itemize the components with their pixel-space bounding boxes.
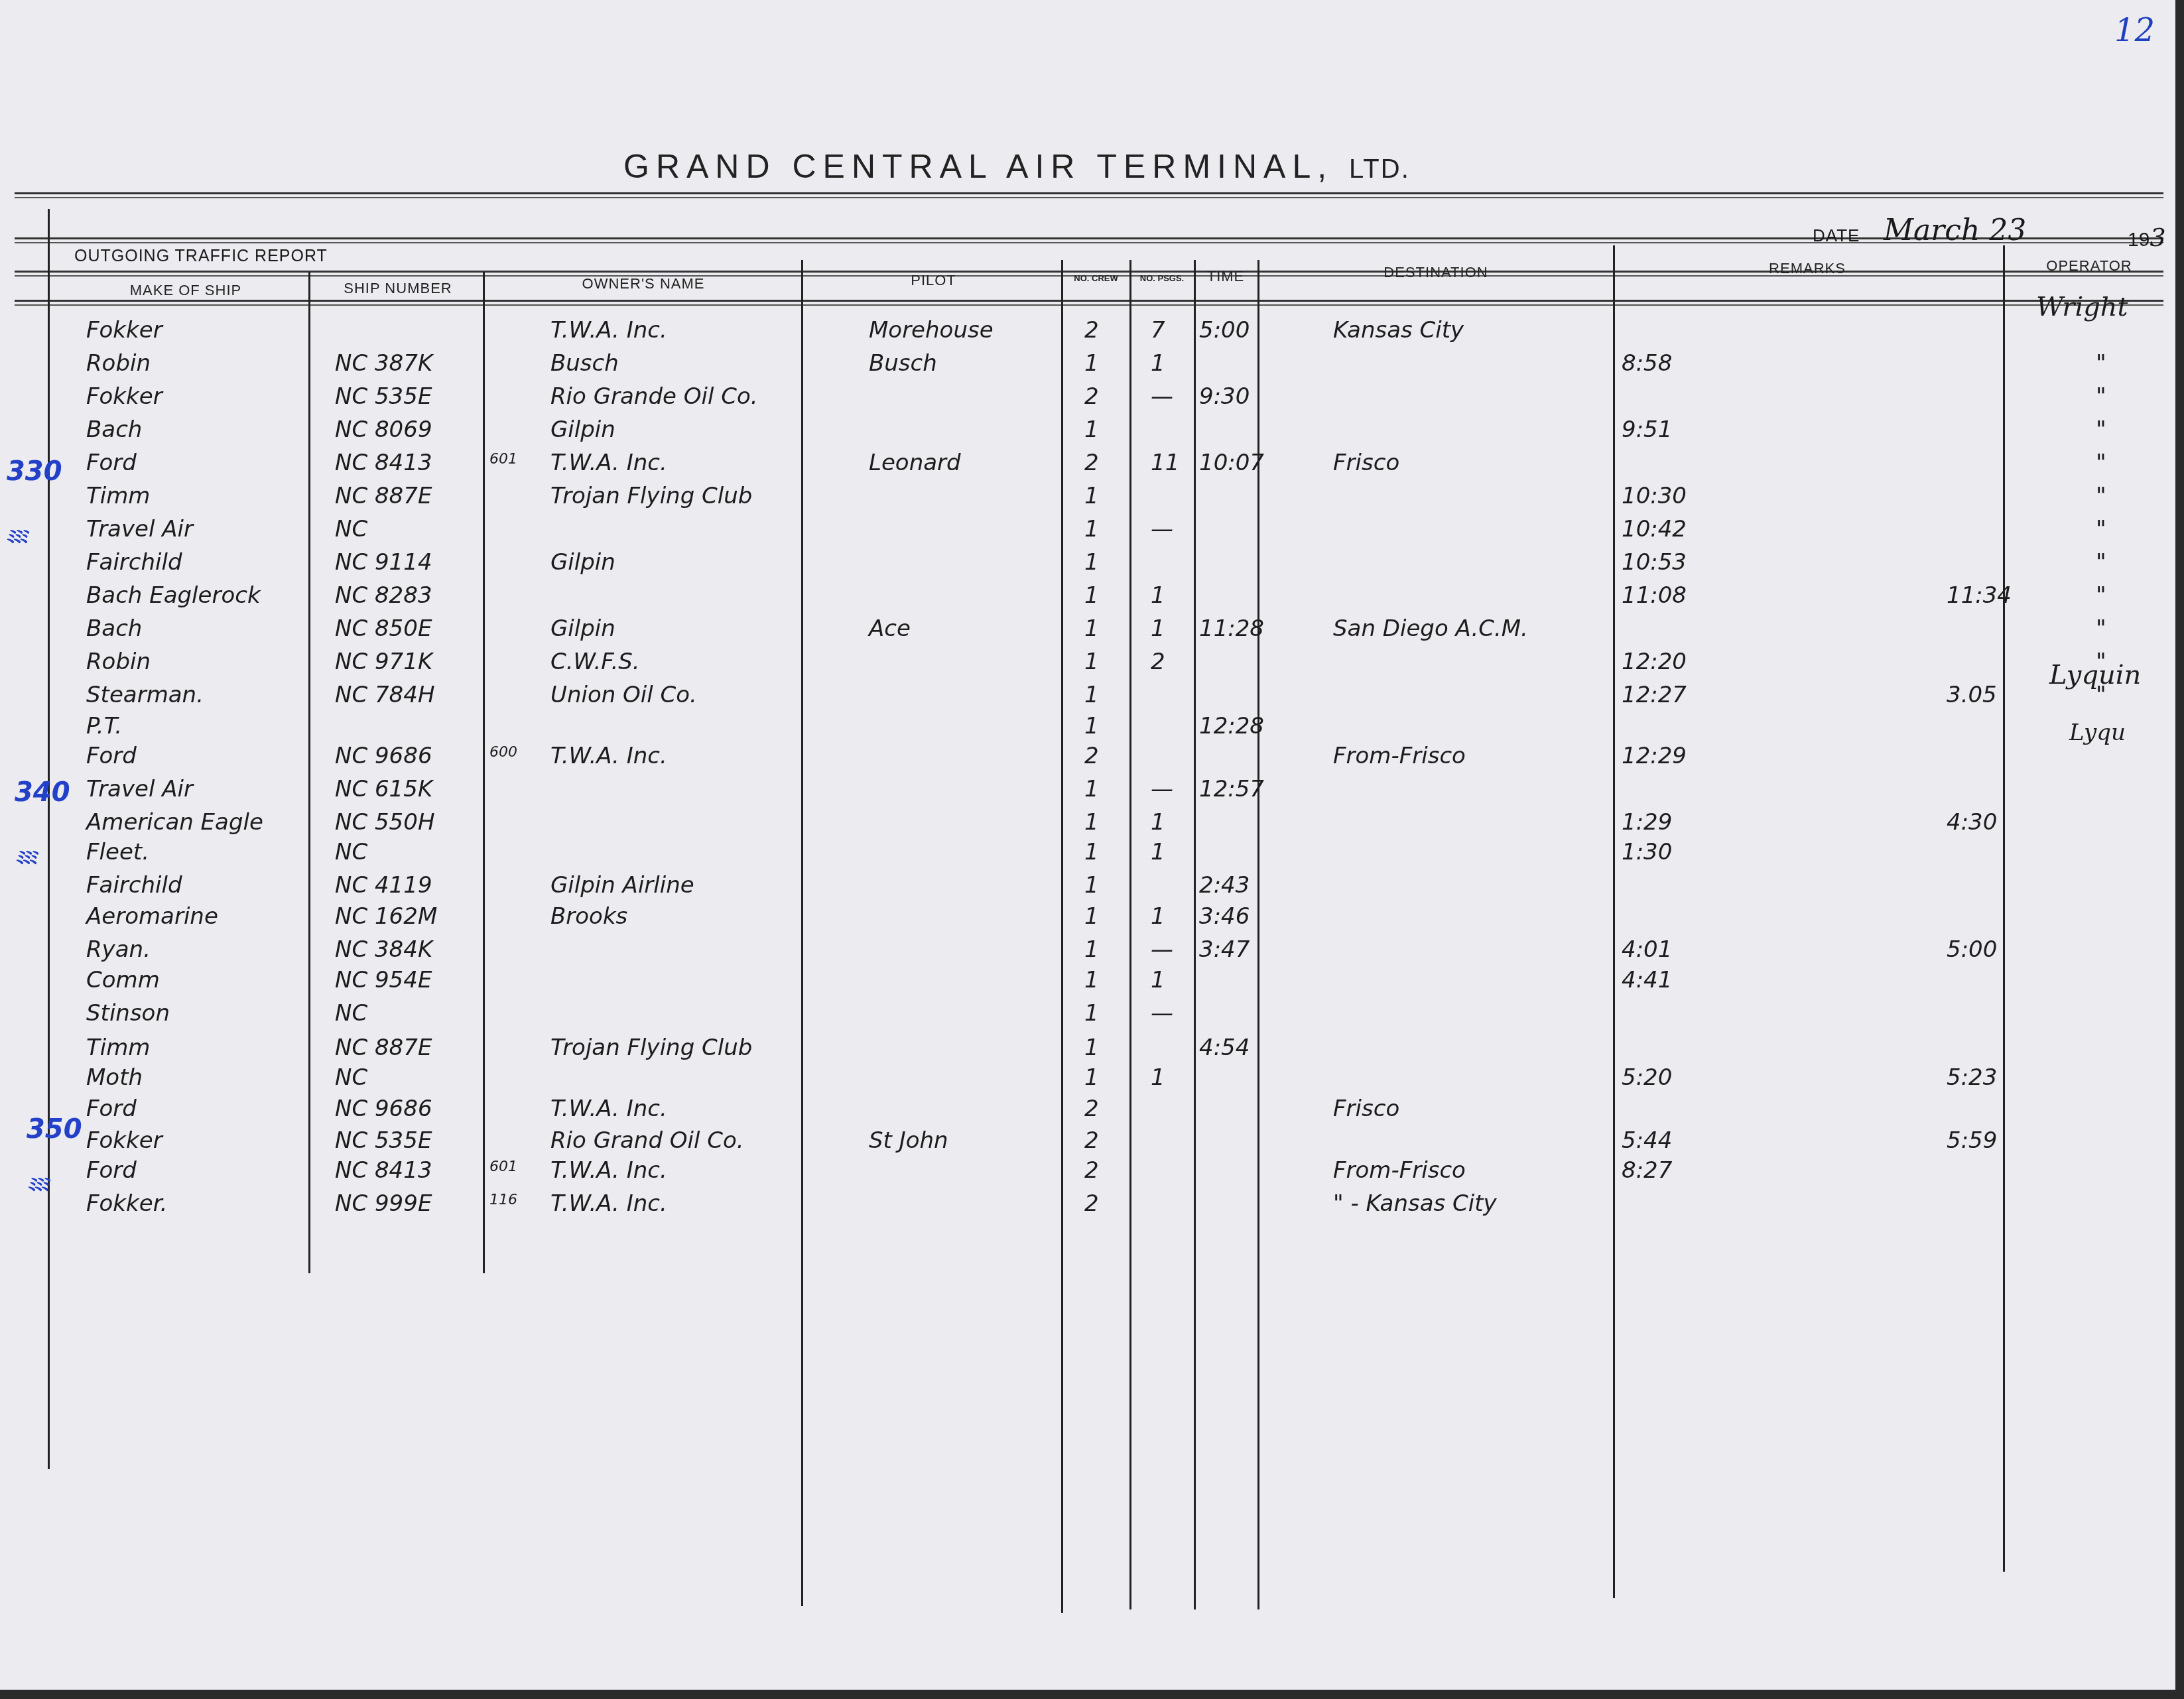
passenger-count: 1 xyxy=(1151,903,1165,930)
operator-ditto-mark: " xyxy=(2096,383,2106,410)
ship-number: NC 8069 xyxy=(335,416,432,443)
crew-count: 2 xyxy=(1084,1096,1099,1122)
ship-number: NC xyxy=(335,516,367,542)
col-line-crew xyxy=(1129,260,1131,1609)
ship-number: NC xyxy=(335,1064,367,1091)
passenger-count: 1 xyxy=(1151,967,1165,993)
ship-number: NC 535E xyxy=(335,383,432,410)
passenger-count: 1 xyxy=(1151,809,1165,836)
crew-count: 1 xyxy=(1084,967,1099,993)
fleet-number: 600 xyxy=(489,744,517,761)
departure-time: 3:46 xyxy=(1199,903,1250,930)
make-of-ship: Bach xyxy=(86,615,142,642)
owner-name: Gilpin xyxy=(550,549,615,576)
crew-count: 1 xyxy=(1084,903,1099,930)
fleet-number: 116 xyxy=(489,1192,517,1208)
col-line-margin xyxy=(48,209,50,1469)
remarks-time: 8:58 xyxy=(1622,350,1672,377)
col-line-number xyxy=(483,272,485,1273)
owner-name: Busch xyxy=(550,350,619,377)
departure-time: 3:47 xyxy=(1199,936,1250,963)
crew-count: 1 xyxy=(1084,615,1099,642)
passenger-count: — xyxy=(1151,516,1173,542)
make-of-ship: Fokker xyxy=(86,383,162,410)
remarks-time: 5:20 xyxy=(1622,1064,1672,1091)
passenger-count: 1 xyxy=(1151,1064,1165,1091)
crew-count: 1 xyxy=(1084,713,1099,739)
ship-number: NC 8283 xyxy=(335,582,432,609)
owner-name: Gilpin Airline xyxy=(550,872,694,899)
owner-name: T.W.A. Inc. xyxy=(550,1190,667,1217)
crew-count: 2 xyxy=(1084,1127,1099,1154)
passenger-count: 2 xyxy=(1151,649,1165,675)
header-time: TIME xyxy=(1196,268,1255,285)
make-of-ship: Bach Eaglerock xyxy=(86,582,261,609)
make-of-ship: Fairchild xyxy=(86,549,182,576)
crew-count: 1 xyxy=(1084,483,1099,509)
destination: Kansas City xyxy=(1333,317,1464,344)
ship-number: NC xyxy=(335,839,367,865)
col-line-remarks xyxy=(2003,245,2005,1572)
departure-time: 5:00 xyxy=(1199,317,1250,344)
ship-number: NC 615K xyxy=(335,776,432,802)
crew-count: 1 xyxy=(1084,516,1099,542)
ship-number: NC 887E xyxy=(335,1035,432,1061)
make-of-ship: Timm xyxy=(86,1035,150,1061)
ship-number: NC 850E xyxy=(335,615,432,642)
departure-time: 2:43 xyxy=(1199,872,1250,899)
header-destination: DESTINATION xyxy=(1260,264,1612,281)
owner-name: T.W.A. Inc. xyxy=(550,1157,667,1184)
owner-name: Gilpin xyxy=(550,416,615,443)
margin-note-350: 350 xyxy=(27,1114,82,1145)
make-of-ship: Timm xyxy=(86,483,150,509)
make-of-ship: Aeromarine xyxy=(86,903,218,930)
pilot-name: St John xyxy=(869,1127,948,1154)
margin-scribble: ﾐﾐﾐ xyxy=(15,844,34,870)
col-line-pilot xyxy=(1061,260,1063,1613)
passenger-count: — xyxy=(1151,936,1173,963)
remarks-time: 1:29 xyxy=(1622,809,1672,836)
make-of-ship: Robin xyxy=(86,649,151,675)
passenger-count: — xyxy=(1151,383,1173,410)
rule-header-bottom xyxy=(15,300,2163,302)
owner-name: Trojan Flying Club xyxy=(550,483,752,509)
fleet-number: 601 xyxy=(489,451,517,468)
owner-name: Rio Grand Oil Co. xyxy=(550,1127,744,1154)
make-of-ship: Travel Air xyxy=(86,776,193,802)
header-operator: OPERATOR xyxy=(2010,257,2169,275)
remarks-time: 11:08 xyxy=(1622,582,1687,609)
crew-count: 1 xyxy=(1084,682,1099,708)
make-of-ship: Fleet. xyxy=(86,839,149,865)
remarks-time: 10:42 xyxy=(1622,516,1687,542)
remarks-time: 12:29 xyxy=(1622,743,1687,769)
crew-count: 1 xyxy=(1084,582,1099,609)
destination: Frisco xyxy=(1333,1096,1399,1122)
title-text: GRAND CENTRAL AIR TERMINAL, xyxy=(623,148,1333,185)
make-of-ship: Stearman. xyxy=(86,682,204,708)
ship-number: NC 387K xyxy=(335,350,432,377)
scan-edge xyxy=(2175,0,2184,1699)
operator-ditto-mark: " xyxy=(2096,416,2106,443)
crew-count: 1 xyxy=(1084,776,1099,802)
operator-signature: Lyqu xyxy=(2069,720,2126,746)
destination: From-Frisco xyxy=(1333,1157,1466,1184)
crew-count: 1 xyxy=(1084,350,1099,377)
make-of-ship: Ford xyxy=(86,450,137,476)
owner-name: Gilpin xyxy=(550,615,615,642)
departure-time: 12:57 xyxy=(1199,776,1264,802)
ship-number: NC 887E xyxy=(335,483,432,509)
page-title: GRAND CENTRAL AIR TERMINAL, LTD. xyxy=(623,147,1410,186)
passenger-count: 1 xyxy=(1151,350,1165,377)
passenger-count: 1 xyxy=(1151,615,1165,642)
col-line-make xyxy=(308,272,310,1273)
crew-count: 2 xyxy=(1084,450,1099,476)
header-owner: OWNER'S NAME xyxy=(491,275,796,292)
ship-number: NC 971K xyxy=(335,649,432,675)
margin-scribble: ﾐﾐﾐ xyxy=(27,1170,46,1197)
destination: " - Kansas City xyxy=(1333,1190,1497,1217)
title-suffix: LTD. xyxy=(1349,155,1410,184)
operator-ditto-mark: " xyxy=(2096,649,2106,675)
remarks-time: 10:30 xyxy=(1622,483,1687,509)
operator-ditto-mark: " xyxy=(2096,483,2106,509)
header-make: MAKE OF SHIP xyxy=(80,282,292,299)
ship-number: NC 954E xyxy=(335,967,432,993)
crew-count: 2 xyxy=(1084,317,1099,344)
departure-time: 11:28 xyxy=(1199,615,1264,642)
margin-note-340: 340 xyxy=(15,777,70,808)
header-remarks: REMARKS xyxy=(1618,260,1996,277)
destination: Frisco xyxy=(1333,450,1399,476)
crew-count: 1 xyxy=(1084,549,1099,576)
col-line-destination xyxy=(1613,245,1615,1598)
make-of-ship: Ryan. xyxy=(86,936,151,963)
owner-name: Trojan Flying Club xyxy=(550,1035,752,1061)
remarks-time-2: 3.05 xyxy=(1947,682,1997,708)
remarks-time: 1:30 xyxy=(1622,839,1672,865)
owner-name: T.W.A. Inc. xyxy=(550,743,667,769)
operator-ditto-mark: " xyxy=(2096,682,2106,708)
crew-count: 2 xyxy=(1084,1157,1099,1184)
make-of-ship: Bach xyxy=(86,416,142,443)
header-pssgs: NO. PSGS. xyxy=(1131,273,1192,283)
remarks-time: 5:44 xyxy=(1622,1127,1672,1154)
owner-name: T.W.A. Inc. xyxy=(550,317,667,344)
destination: San Diego A.C.M. xyxy=(1333,615,1528,642)
departure-time: 12:28 xyxy=(1199,713,1264,739)
col-line-owner xyxy=(801,260,803,1606)
crew-count: 1 xyxy=(1084,1000,1099,1027)
ship-number: NC 784H xyxy=(335,682,434,708)
ship-number: NC 550H xyxy=(335,809,434,836)
crew-count: 2 xyxy=(1084,743,1099,769)
make-of-ship: Ford xyxy=(86,1157,137,1184)
rule-title xyxy=(15,192,2163,194)
ship-number: NC 999E xyxy=(335,1190,432,1217)
make-of-ship: Moth xyxy=(86,1064,143,1091)
year-field: 193 xyxy=(2128,223,2166,252)
ship-number: NC 535E xyxy=(335,1127,432,1154)
operator-signature: Wright xyxy=(2036,292,2128,322)
fleet-number: 601 xyxy=(489,1159,517,1175)
operator-ditto-mark: " xyxy=(2096,582,2106,609)
crew-count: 1 xyxy=(1084,416,1099,443)
ship-number: NC 9114 xyxy=(335,549,432,576)
col-line-pssgs xyxy=(1194,260,1196,1609)
pilot-name: Ace xyxy=(869,615,911,642)
remarks-time: 12:20 xyxy=(1622,649,1687,675)
pilot-name: Busch xyxy=(869,350,937,377)
make-of-ship: Fairchild xyxy=(86,872,182,899)
ship-number: NC 162M xyxy=(335,903,437,930)
make-of-ship: Fokker. xyxy=(86,1190,167,1217)
crew-count: 1 xyxy=(1084,649,1099,675)
crew-count: 1 xyxy=(1084,1035,1099,1061)
remarks-time-2: 11:34 xyxy=(1947,582,2012,609)
passenger-count: — xyxy=(1151,776,1173,802)
owner-name: Brooks xyxy=(550,903,627,930)
ship-number: NC 384K xyxy=(335,936,432,963)
scan-edge xyxy=(0,1690,2184,1699)
date-value: March 23 xyxy=(1884,214,2026,247)
remarks-time-2: 5:59 xyxy=(1947,1127,1997,1154)
remarks-time-2: 5:23 xyxy=(1947,1064,1997,1091)
operator-ditto-mark: " xyxy=(2096,615,2106,642)
margin-scribble: ﾐﾐﾐ xyxy=(5,523,25,549)
year-prefix: 19 xyxy=(2128,229,2150,251)
report-sheet: 12 GRAND CENTRAL AIR TERMINAL, LTD. OUTG… xyxy=(0,0,2175,1690)
departure-time: 9:30 xyxy=(1199,383,1250,410)
departure-time: 4:54 xyxy=(1199,1035,1250,1061)
operator-ditto-mark: " xyxy=(2096,350,2106,377)
header-ship-number: SHIP NUMBER xyxy=(318,280,478,297)
ship-number: NC 4119 xyxy=(335,872,432,899)
remarks-time: 4:01 xyxy=(1622,936,1672,963)
remarks-time: 9:51 xyxy=(1622,416,1672,443)
crew-count: 2 xyxy=(1084,1190,1099,1217)
make-of-ship: Fokker xyxy=(86,317,162,344)
crew-count: 1 xyxy=(1084,839,1099,865)
departure-time: 10:07 xyxy=(1199,450,1264,476)
pilot-name: Leonard xyxy=(869,450,961,476)
ship-number: NC 9686 xyxy=(335,1096,432,1122)
owner-name: T.W.A. Inc. xyxy=(550,1096,667,1122)
make-of-ship: P.T. xyxy=(86,713,122,739)
passenger-count: 1 xyxy=(1151,582,1165,609)
crew-count: 1 xyxy=(1084,1064,1099,1091)
passenger-count: 11 xyxy=(1151,450,1179,476)
owner-name: Rio Grande Oil Co. xyxy=(550,383,758,410)
header-crew: NO. CREW xyxy=(1064,273,1127,283)
make-of-ship: Ford xyxy=(86,1096,137,1122)
remarks-time: 4:41 xyxy=(1622,967,1672,993)
ship-number: NC xyxy=(335,1000,367,1027)
remarks-time: 8:27 xyxy=(1622,1157,1672,1184)
section-title: OUTGOING TRAFFIC REPORT xyxy=(74,247,328,266)
operator-ditto-mark: " xyxy=(2096,450,2106,476)
margin-note-330: 330 xyxy=(7,456,62,487)
make-of-ship: Travel Air xyxy=(86,516,193,542)
passenger-count: 7 xyxy=(1151,317,1165,344)
make-of-ship: Ford xyxy=(86,743,137,769)
make-of-ship: Comm xyxy=(86,967,160,993)
remarks-time: 12:27 xyxy=(1622,682,1687,708)
year-digit: 3 xyxy=(2150,223,2165,252)
make-of-ship: Fokker xyxy=(86,1127,162,1154)
ship-number: NC 9686 xyxy=(335,743,432,769)
make-of-ship: Robin xyxy=(86,350,151,377)
pilot-name: Morehouse xyxy=(869,317,994,344)
passenger-count: 1 xyxy=(1151,839,1165,865)
header-pilot: PILOT xyxy=(809,272,1058,289)
ship-number: NC 8413 xyxy=(335,450,432,476)
make-of-ship: Stinson xyxy=(86,1000,170,1027)
remarks-time-2: 5:00 xyxy=(1947,936,1997,963)
owner-name: Union Oil Co. xyxy=(550,682,697,708)
operator-ditto-mark: " xyxy=(2096,549,2106,576)
crew-count: 1 xyxy=(1084,936,1099,963)
crew-count: 2 xyxy=(1084,383,1099,410)
owner-name: C.W.F.S. xyxy=(550,649,640,675)
make-of-ship: American Eagle xyxy=(86,809,263,836)
page-number: 12 xyxy=(2114,12,2155,49)
crew-count: 1 xyxy=(1084,809,1099,836)
remarks-time-2: 4:30 xyxy=(1947,809,1997,836)
passenger-count: — xyxy=(1151,1000,1173,1027)
operator-ditto-mark: " xyxy=(2096,516,2106,542)
owner-name: T.W.A. Inc. xyxy=(550,450,667,476)
destination: From-Frisco xyxy=(1333,743,1466,769)
remarks-time: 10:53 xyxy=(1622,549,1687,576)
ship-number: NC 8413 xyxy=(335,1157,432,1184)
date-label: DATE xyxy=(1813,225,1860,246)
crew-count: 1 xyxy=(1084,872,1099,899)
